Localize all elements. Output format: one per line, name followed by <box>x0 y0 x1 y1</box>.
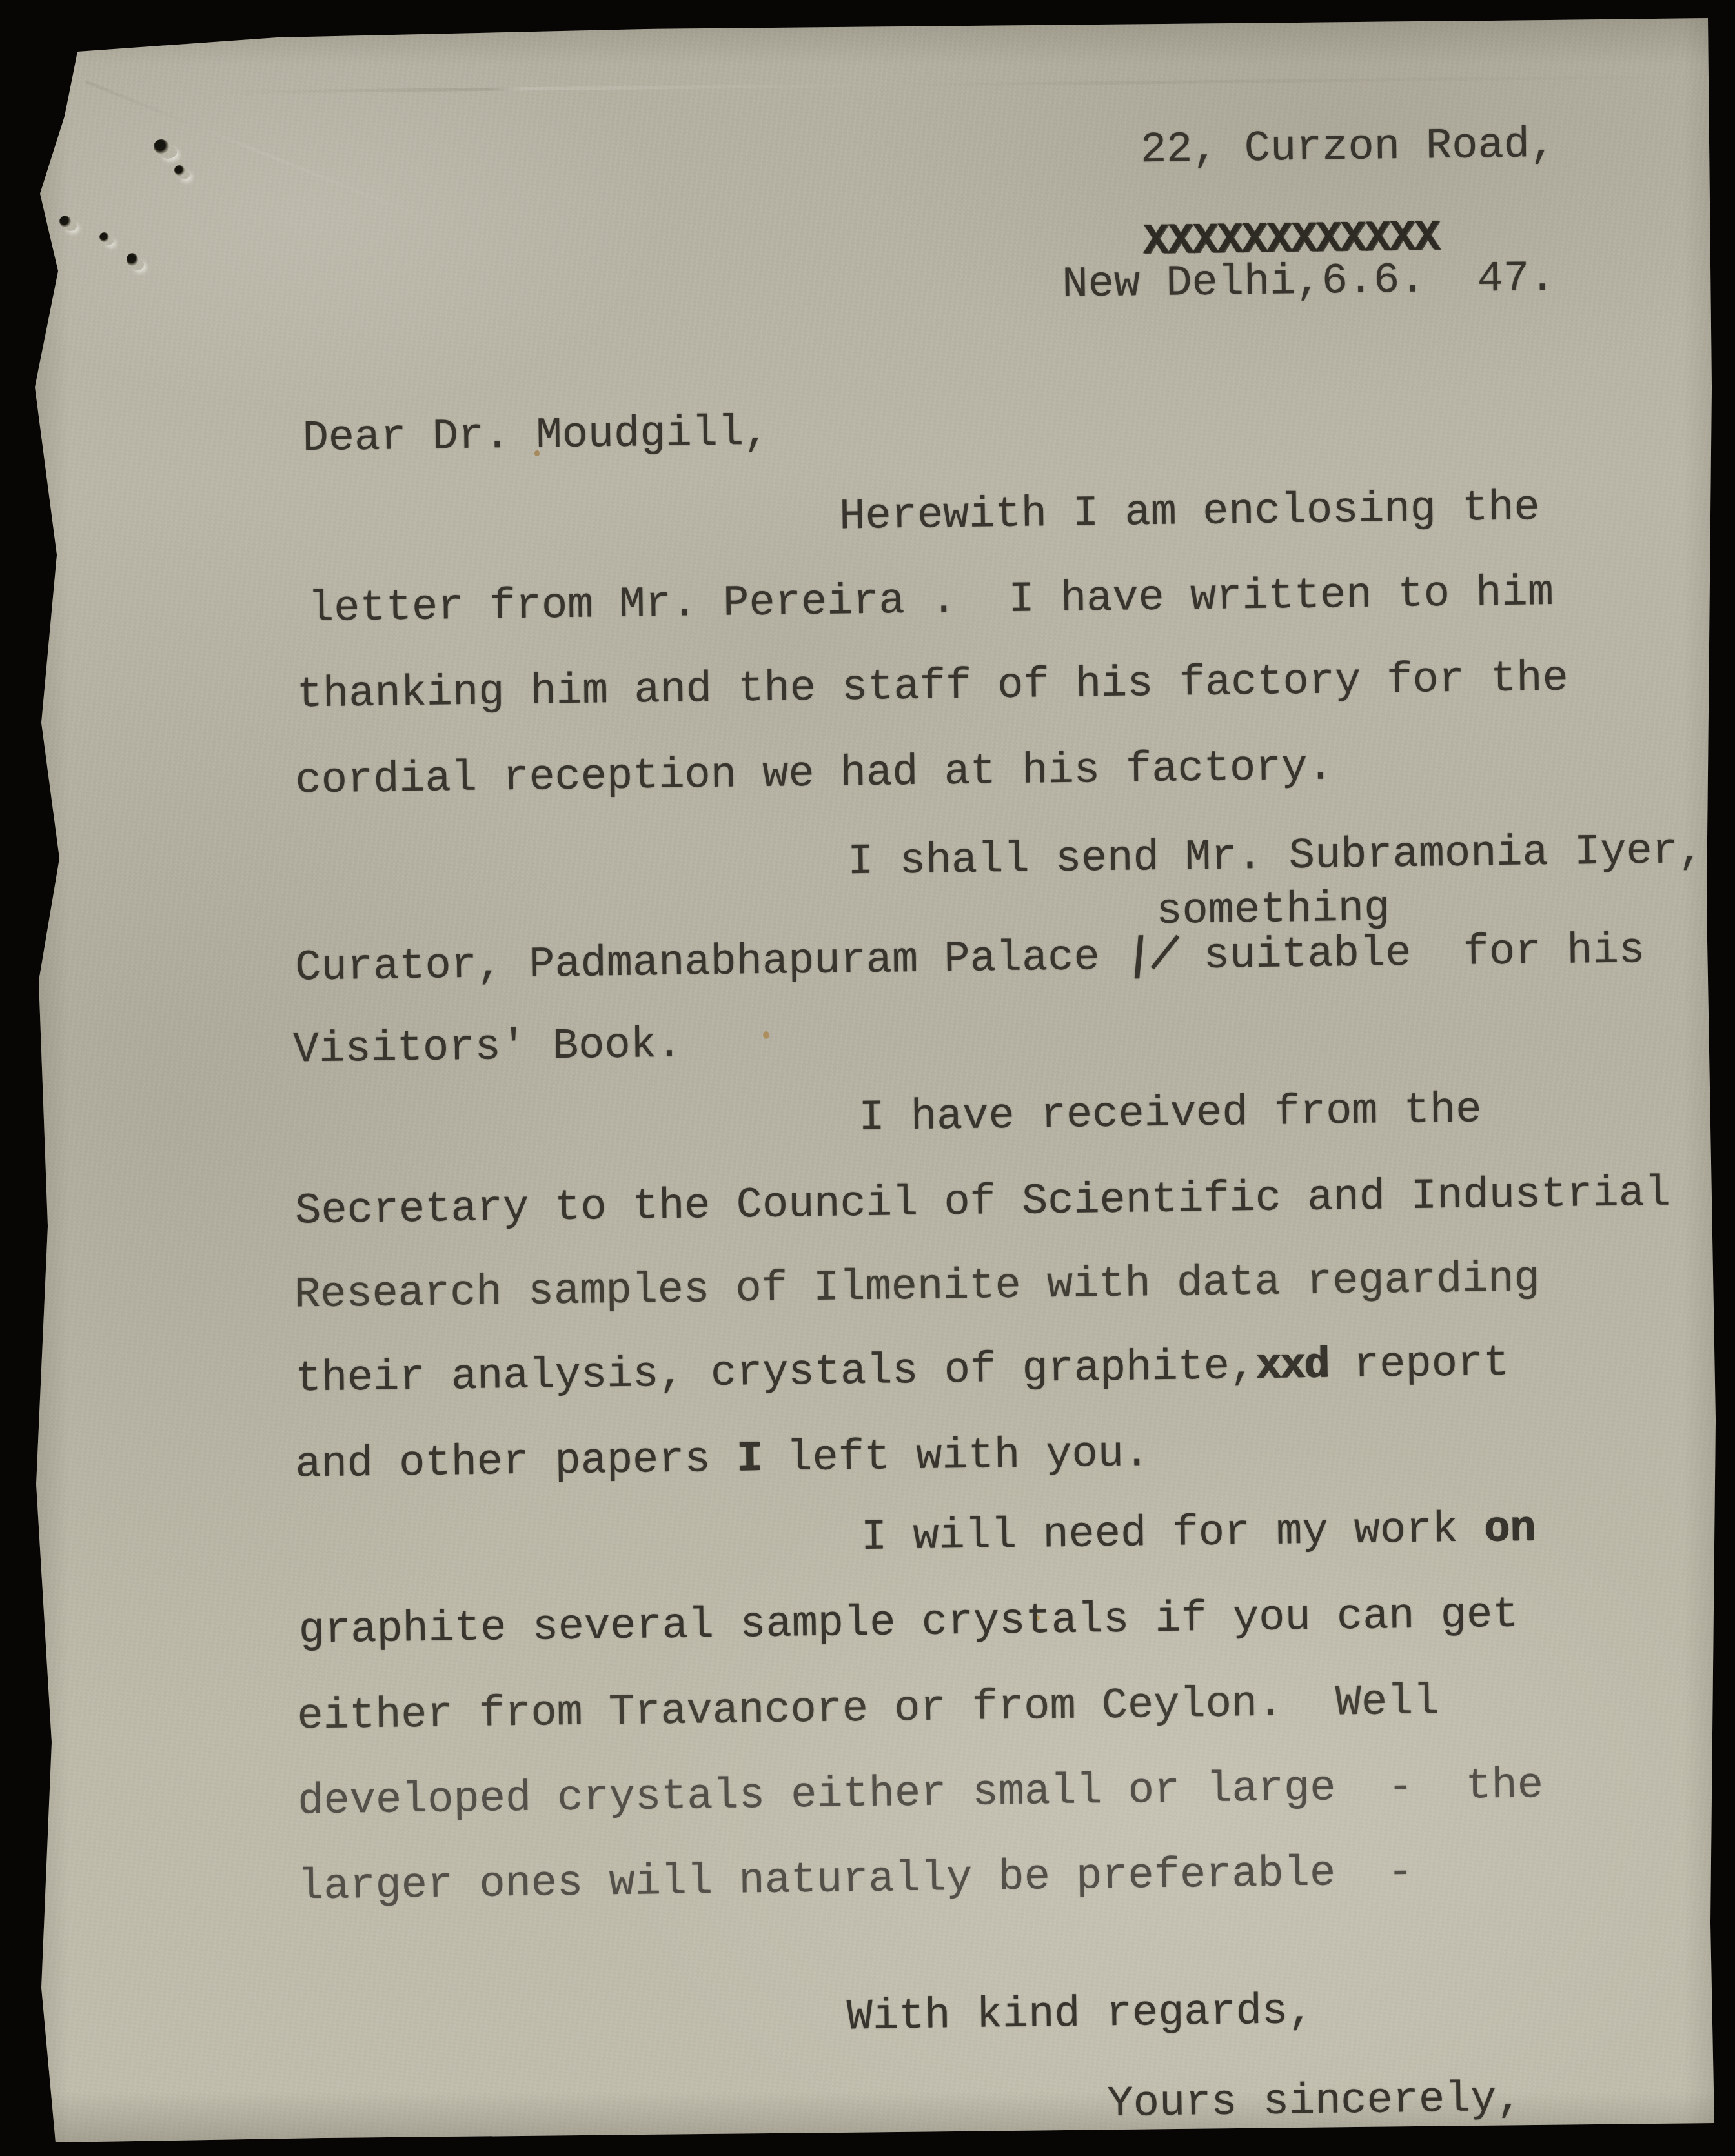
line-segment: I will need for my work <box>861 1505 1485 1562</box>
body-line: cordial reception we had at his factory. <box>295 746 1334 803</box>
body-line: I shall send Mr. Subramonia Iyer, <box>847 830 1705 884</box>
overtyped-word: on <box>1483 1504 1536 1554</box>
line-segment: Curator, Padmanabhapuram Palace <box>295 933 1126 993</box>
address-line: 22, Curzon Road, <box>1140 124 1556 172</box>
scan-background: { "colors": { "background": "#070605", "… <box>0 0 1735 2156</box>
letter-text: 22, Curzon Road, XXXXXXXXXXXX New Delhi,… <box>0 0 1735 2156</box>
letter-paper: 22, Curzon Road, XXXXXXXXXXXX New Delhi,… <box>0 0 1735 2156</box>
struck-out-character: ∤ <box>1124 936 1180 980</box>
body-line: developed crystals either small or large… <box>298 1764 1544 1824</box>
body-line: Curator, Padmanabhapuram Palace ∤ suitab… <box>295 929 1645 990</box>
date-line: New Delhi,6.6. 47. <box>1062 257 1556 307</box>
line-segment: and other papers <box>295 1435 736 1490</box>
body-line: Research samples of Ilmenite with data r… <box>294 1258 1541 1317</box>
signature-line: Yours sincerely, <box>1107 2078 1523 2126</box>
line-segment: suitable for his <box>1177 926 1645 981</box>
body-line: graphite several sample crystals if you … <box>298 1594 1518 1653</box>
body-line: and other papers I left with you. <box>295 1433 1150 1487</box>
body-line: Secretary to the Council of Scientific a… <box>295 1173 1671 1234</box>
struck-out-word: xxd <box>1255 1342 1328 1391</box>
closing-line: With kind regards, <box>846 1990 1314 2039</box>
line-segment: report <box>1327 1339 1509 1391</box>
line-segment: left with you. <box>760 1429 1150 1484</box>
body-line: their analysis, crystals of graphite,xxd… <box>295 1342 1509 1402</box>
body-line: Visitors' Book. <box>293 1024 683 1073</box>
line-segment: their analysis, crystals of graphite, <box>295 1342 1256 1404</box>
body-line: larger ones will naturally be preferable… <box>298 1851 1414 1909</box>
body-line: letter from Mr. Pereira . I have written… <box>308 572 1554 631</box>
insertion-word: something <box>1156 887 1390 934</box>
salutation-line: Dear Dr. Moudgill, <box>302 412 770 461</box>
body-line: Herewith I am enclosing the <box>839 487 1540 539</box>
overtyped-character: I <box>736 1435 760 1484</box>
body-line: I will need for my work on <box>861 1507 1536 1560</box>
body-line: thanking him and the staff of his factor… <box>296 658 1568 718</box>
body-line: either from Travancore or from Ceylon. W… <box>297 1680 1439 1738</box>
body-line: I have received from the <box>858 1089 1482 1140</box>
